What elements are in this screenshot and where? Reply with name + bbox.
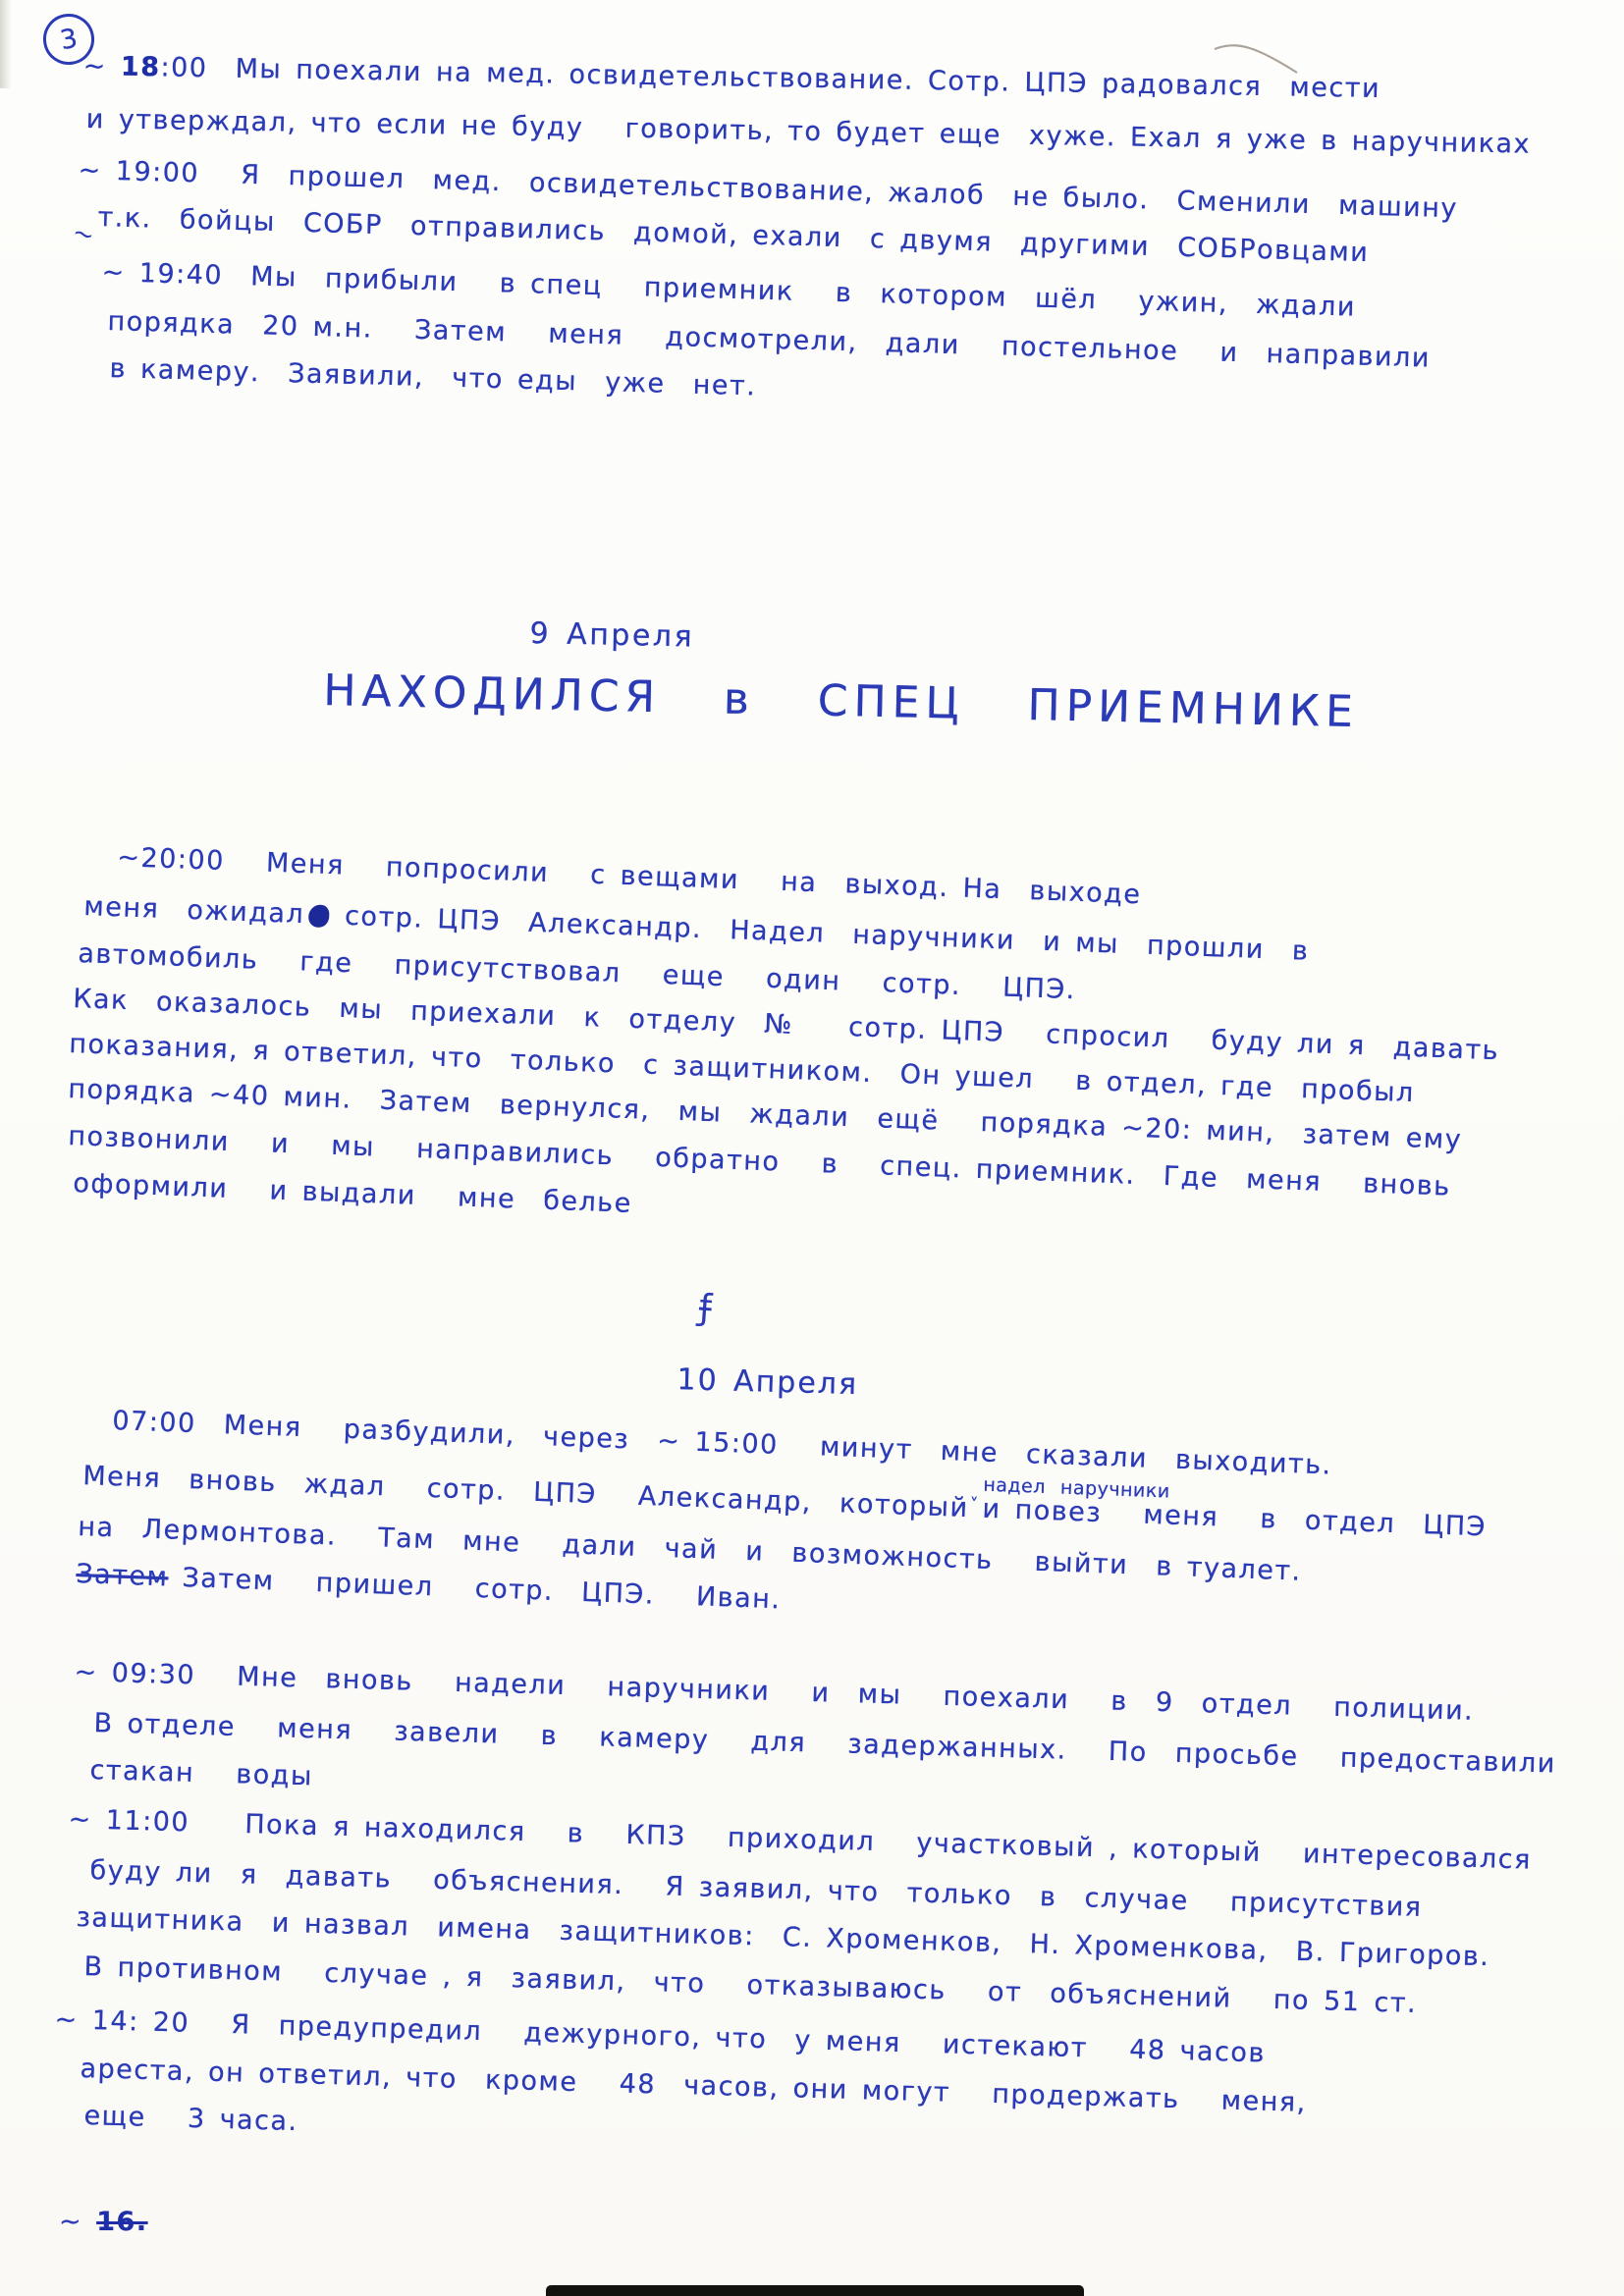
caret-mark: ˅ bbox=[969, 1495, 980, 1515]
line-1800-1: ~ 18:00 Мы поехали на мед. освидетельств… bbox=[82, 51, 1380, 104]
handwritten-diary-page: 3 ~ 18:00 Мы поехали на мед. освидетельс… bbox=[0, 0, 1624, 2296]
insertion-tilde-mark: ~ bbox=[69, 217, 98, 251]
date-header-april9: 9 Апреля bbox=[529, 616, 694, 654]
line-text: и повез меня в отдел ЦПЭ bbox=[982, 1494, 1487, 1543]
line-text: Затем пришел сотр. ЦПЭ. Иван. bbox=[168, 1562, 782, 1615]
struck-number: 16. bbox=[96, 2207, 147, 2237]
line-0930-3: стакан воды bbox=[89, 1755, 313, 1791]
line-1420-3: еще 3 часа. bbox=[83, 2101, 298, 2137]
line-text: Меня вновь ждал сотр. ЦПЭ Александр, кот… bbox=[82, 1461, 969, 1523]
crossed-out-scribble: ƒ bbox=[698, 1288, 714, 1329]
crossed-out-footer-line: ~ 16. bbox=[59, 2207, 148, 2237]
scan-edge-strip bbox=[546, 2285, 1084, 2296]
line-1800-2: и утверждал, что если не буду говорить, … bbox=[85, 104, 1531, 160]
line-text: меня ожидал bbox=[83, 891, 305, 930]
date-header-april10: 10 Апреля bbox=[677, 1362, 858, 1402]
line-2000-8: оформили и выдали мне белье bbox=[73, 1168, 632, 1219]
tilde-mark: ~ bbox=[59, 2207, 96, 2237]
struck-word: Затем bbox=[76, 1559, 169, 1592]
page-number: 3 bbox=[58, 23, 80, 56]
section-title-spec-priemnik: НАХОДИЛСЯ в СПЕЦ ПРИЕМНИКЕ bbox=[323, 666, 1359, 737]
time-18: 18 bbox=[121, 52, 161, 83]
line-1940-3: в камеру. Заявили, что еды уже нет. bbox=[109, 353, 757, 401]
ink-blot bbox=[308, 904, 330, 928]
tilde-mark: ~ bbox=[82, 51, 121, 82]
line-text: Мы поехали на мед. освидетельствование. … bbox=[207, 53, 1380, 104]
scan-edge-shade bbox=[0, 0, 12, 88]
time-18-min: :00 bbox=[160, 52, 207, 83]
line-0700-4: Затем Затем пришел сотр. ЦПЭ. Иван. bbox=[76, 1559, 782, 1615]
inserted-superscript-text: надел наручники bbox=[983, 1474, 984, 1496]
